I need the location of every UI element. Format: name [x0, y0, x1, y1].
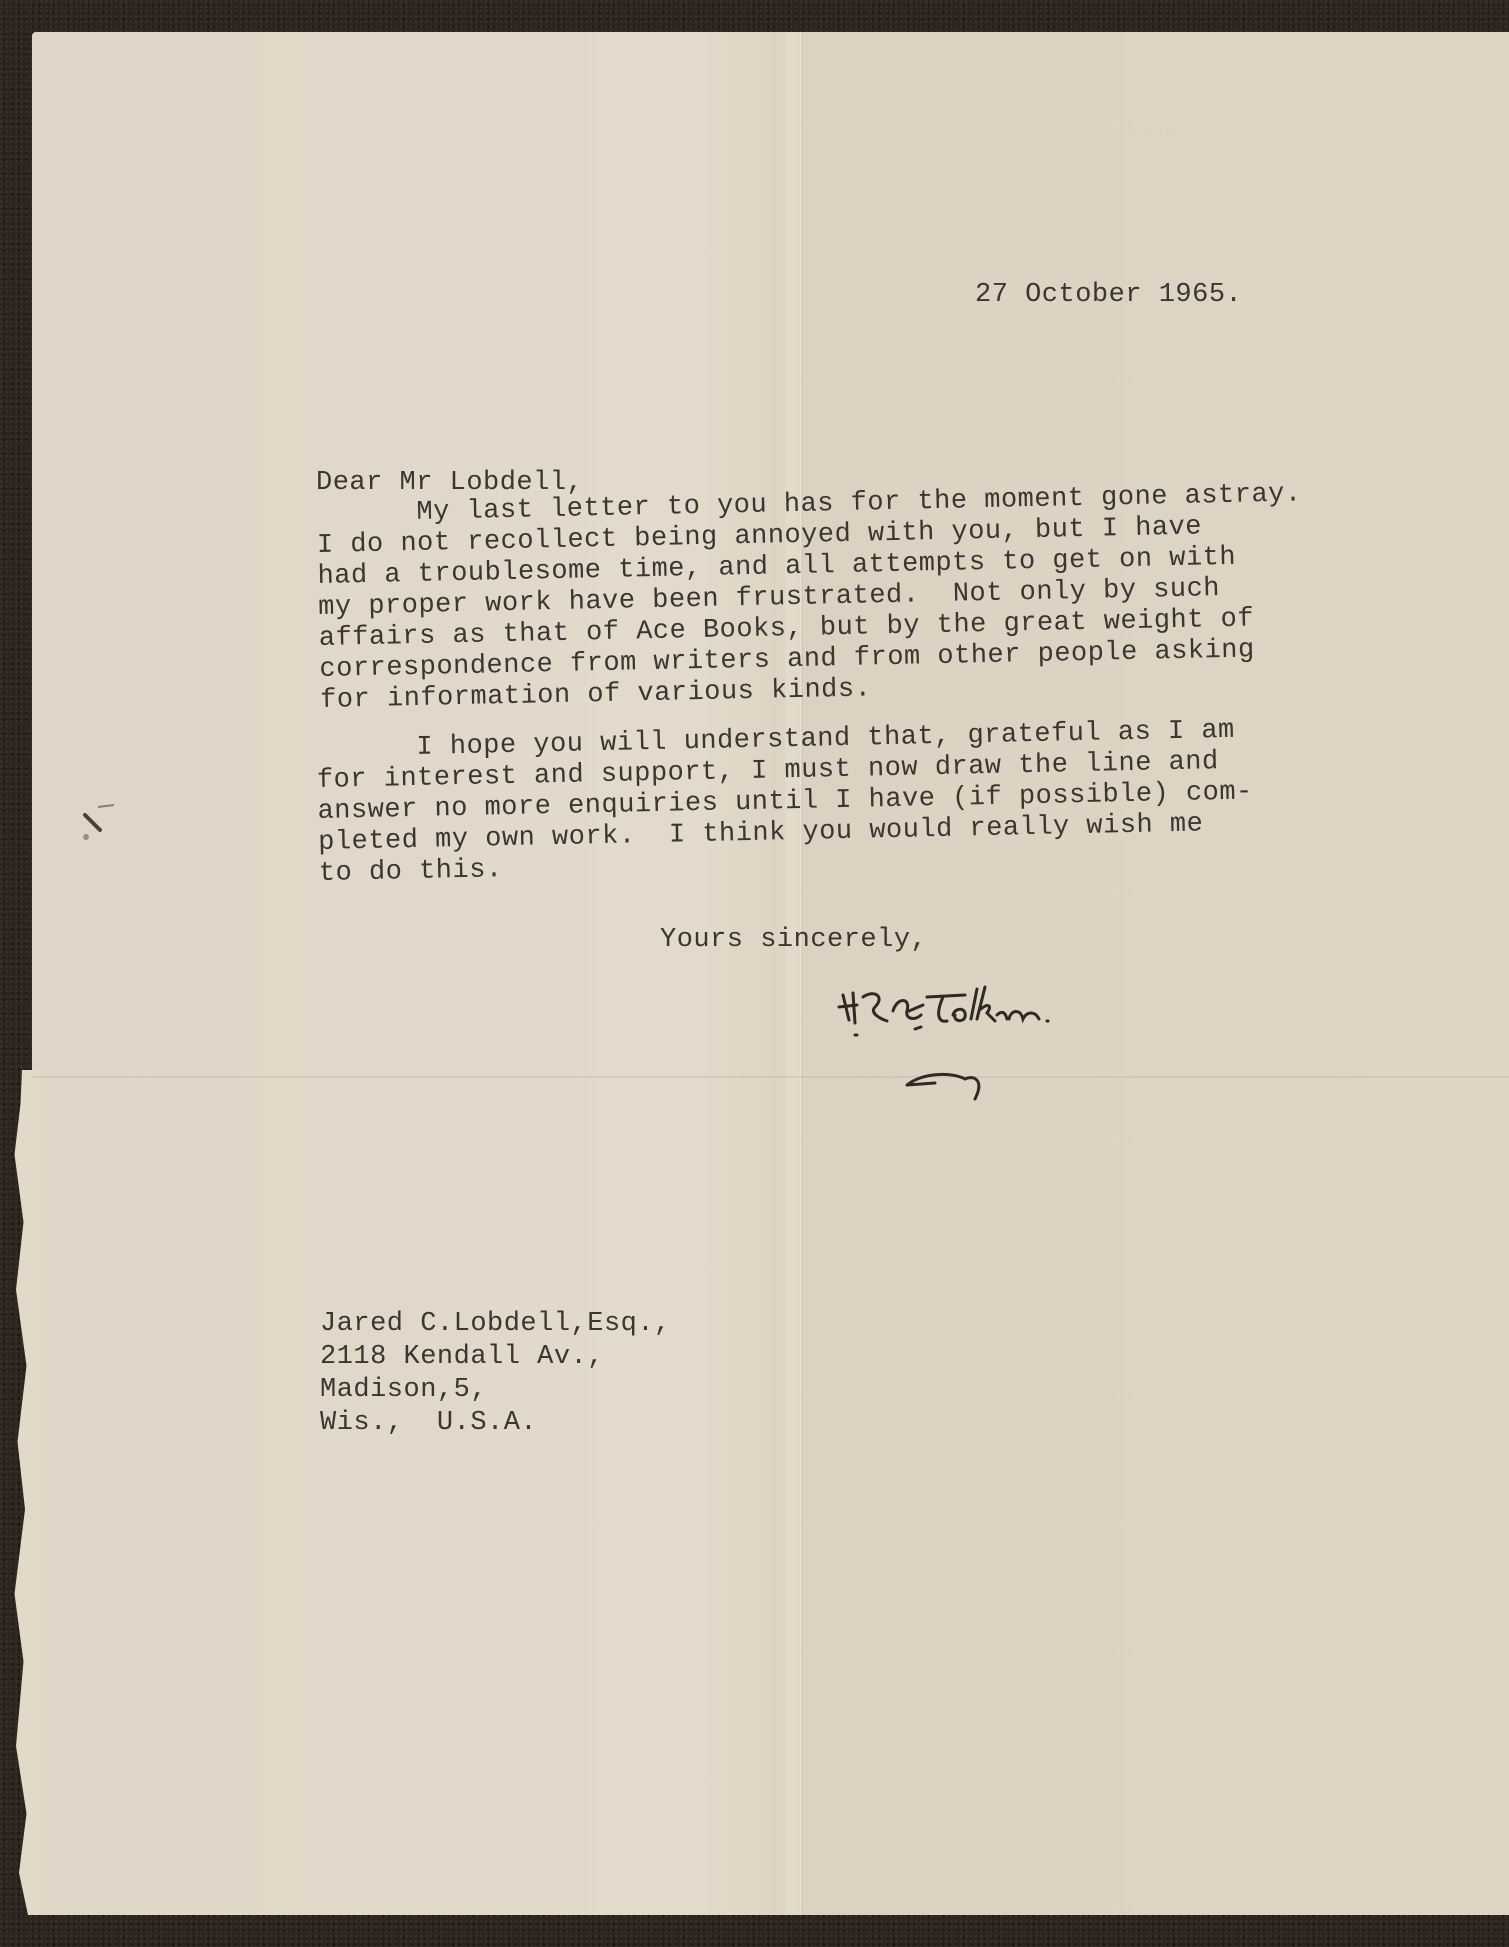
paragraph-1: My last letter to you has for the moment… [316, 479, 1306, 717]
torn-paper-edge [10, 1070, 40, 1915]
letter-date: 27 October 1965. [975, 280, 1242, 310]
margin-ink-mark [80, 795, 120, 855]
paragraph-2: I hope you will understand that, gratefu… [316, 715, 1254, 890]
salutation: Dear Mr Lobdell, [316, 468, 583, 498]
letter-paper [32, 32, 1509, 1915]
recipient-address: Jared C.Lobdell,Esq., 2118 Kendall Av., … [320, 1308, 671, 1440]
closing: Yours sincerely, [660, 925, 927, 955]
horizontal-fold-line [32, 1076, 1509, 1078]
handwritten-signature [835, 975, 1195, 1125]
embossed-letterhead-mark: · · · · · · · [1085, 122, 1180, 143]
vertical-fold-line [800, 32, 803, 1915]
